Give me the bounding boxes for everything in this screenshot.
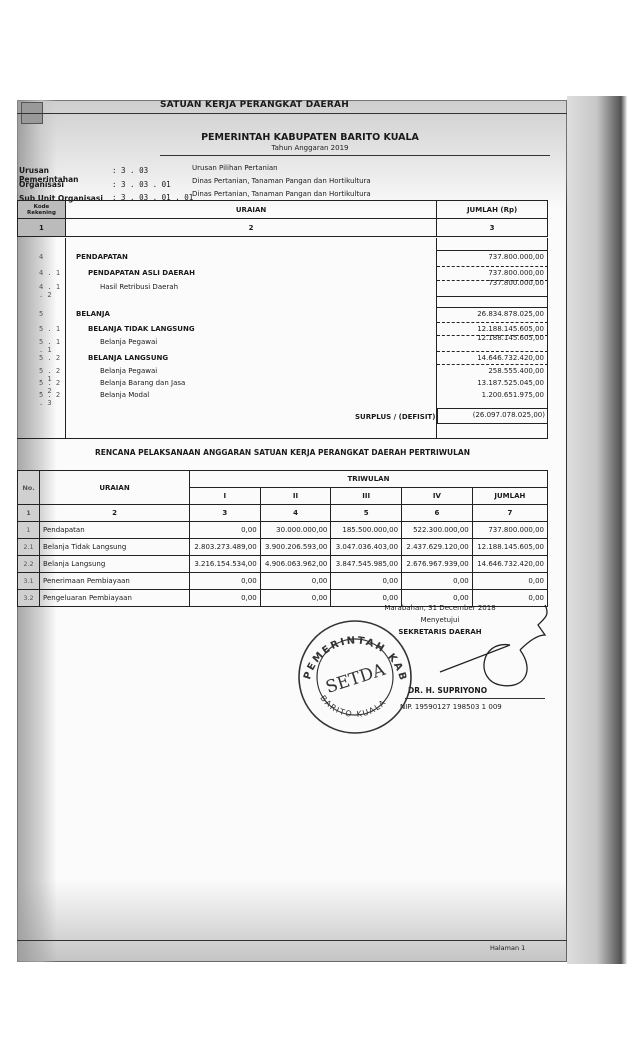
row-code: 4 . 1	[39, 269, 60, 277]
cell-label: Penerimaan Pembiayaan	[40, 573, 190, 590]
row-label: Belanja Modal	[100, 391, 149, 399]
col-number: 4	[260, 505, 331, 522]
meta-desc: Urusan Pilihan Pertanian	[192, 164, 278, 172]
meta-code: : 3 . 03	[112, 166, 148, 175]
row-value: 26.834.878.025,00	[477, 310, 544, 318]
cell-no: 2.1	[18, 539, 40, 556]
cell-label: Pendapatan	[40, 522, 190, 539]
row-value: 737.800.000,00	[488, 253, 544, 261]
row-value: 14.646.732.420,00	[477, 354, 544, 362]
header-triwulan: TRIWULAN	[190, 471, 548, 488]
cell-q1: 0,00	[190, 522, 261, 539]
row-label: BELANJA LANGSUNG	[88, 354, 168, 362]
row-code: 5 . 1	[39, 325, 60, 333]
table-row: 1Pendapatan0,0030.000.000,00185.500.000,…	[18, 522, 548, 539]
row-label: PENDAPATAN ASLI DAERAH	[88, 269, 195, 277]
row-code: 5 . 2	[39, 354, 60, 362]
cell-q4: 522.300.000,00	[402, 522, 473, 539]
header-no: No.	[18, 471, 40, 505]
fiscal-year: Tahun Anggaran 2019	[160, 144, 460, 152]
cell-label: Belanja Tidak Langsung	[40, 539, 190, 556]
divider	[160, 155, 550, 156]
row-value: 258.555.400,00	[488, 367, 544, 375]
header-uraian: URAIAN	[40, 471, 190, 505]
cell-label: Pengeluaran Pembiayaan	[40, 590, 190, 607]
row-code: 4 . 1 . 2	[39, 283, 65, 299]
row-value: 13.187.525.045,00	[477, 379, 544, 387]
meta-code: : 3 . 03 . 01	[112, 180, 171, 189]
cell-total: 14.646.732.420,00	[472, 556, 547, 573]
col-number: 3	[190, 505, 261, 522]
cell-no: 3.1	[18, 573, 40, 590]
value-divider	[437, 296, 548, 297]
cell-no: 1	[18, 522, 40, 539]
cell-q2: 3.900.206.593,00	[260, 539, 331, 556]
unit-title: SATUAN KERJA PERANGKAT DAERAH	[160, 100, 349, 110]
value-divider	[437, 335, 548, 336]
page-number: Halaman 1	[490, 944, 525, 952]
stamp-center: SETDA	[323, 660, 388, 698]
col-number: 3	[437, 219, 548, 237]
table-row: 2.1Belanja Tidak Langsung2.803.273.489,0…	[18, 539, 548, 556]
row-label: Belanja Barang dan Jasa	[100, 379, 185, 387]
row-code: 5 . 1 . 1	[39, 338, 65, 354]
row-label: Belanja Pegawai	[100, 367, 157, 375]
row-value: 737.800.000,00	[488, 269, 544, 277]
value-divider	[437, 351, 548, 352]
cell-q2: 30.000.000,00	[260, 522, 331, 539]
row-value: 12.188.145.605,00	[477, 325, 544, 333]
col-number: 2	[40, 505, 190, 522]
value-divider	[437, 266, 548, 267]
meta-label: Organisasi	[19, 180, 109, 189]
footer-divider	[17, 940, 567, 941]
col-number: 5	[331, 505, 402, 522]
scan-edge-shadow	[567, 96, 627, 964]
quarterly-table: No. URAIAN TRIWULAN I II III IV JUMLAH 1…	[17, 470, 548, 607]
cell-q2: 0,00	[260, 573, 331, 590]
surplus-label: SURPLUS / (DEFISIT)	[355, 413, 435, 421]
divider	[17, 438, 548, 439]
signature-line	[405, 698, 545, 699]
header-q4: IV	[402, 488, 473, 505]
cell-q4: 0,00	[402, 573, 473, 590]
cell-total: 0,00	[472, 573, 547, 590]
cell-q1: 0,00	[190, 573, 261, 590]
value-divider	[437, 280, 548, 281]
row-code: 4	[39, 253, 43, 261]
col-number: 6	[402, 505, 473, 522]
cell-q1: 2.803.273.489,00	[190, 539, 261, 556]
col-number: 1	[18, 505, 40, 522]
header-jumlah: JUMLAH (Rp)	[437, 201, 548, 219]
value-divider	[437, 250, 548, 251]
meta-desc: Dinas Pertanian, Tanaman Pangan dan Hort…	[192, 190, 371, 198]
cell-total: 737.800.000,00	[472, 522, 547, 539]
cell-q2: 4.906.063.962,00	[260, 556, 331, 573]
signature-scribble-icon	[420, 600, 560, 690]
cell-q3: 185.500.000,00	[331, 522, 402, 539]
cell-q3: 3.047.036.403,00	[331, 539, 402, 556]
value-divider	[437, 364, 548, 365]
row-label: Belanja Pegawai	[100, 338, 157, 346]
header-jumlah: JUMLAH	[472, 488, 547, 505]
row-label: Hasil Retribusi Daerah	[100, 283, 178, 291]
cell-q4: 2.676.967.939,00	[402, 556, 473, 573]
code-column: 44 . 14 . 1 . 255 . 15 . 1 . 15 . 25 . 2…	[17, 238, 65, 438]
cell-q2: 0,00	[260, 590, 331, 607]
government-title: PEMERINTAH KABUPATEN BARITO KUALA	[160, 132, 460, 143]
header-uraian: URAIAN	[65, 201, 436, 219]
row-label: BELANJA TIDAK LANGSUNG	[88, 325, 195, 333]
row-label: PENDAPATAN	[76, 253, 128, 261]
signatory-nip: NIP. 19590127 198503 1 009	[400, 703, 502, 711]
meta-desc: Dinas Pertanian, Tanaman Pangan dan Hort…	[192, 177, 371, 185]
col-number: 1	[18, 219, 66, 237]
surplus-value: (26.097.078.025,00)	[437, 411, 545, 419]
table-row: 2.2Belanja Langsung3.216.154.534,004.906…	[18, 556, 548, 573]
cell-no: 3.2	[18, 590, 40, 607]
row-code: 5 . 2 . 3	[39, 391, 65, 407]
row-label: BELANJA	[76, 310, 110, 318]
header-q2: II	[260, 488, 331, 505]
quarterly-title: RENCANA PELAKSANAAN ANGGARAN SATUAN KERJ…	[17, 448, 548, 457]
official-stamp-icon: PEMERINTAH KABUPATEN BARITO KUALA SETDA	[296, 618, 414, 736]
cell-no: 2.2	[18, 556, 40, 573]
header-code: Kode Rekening	[18, 201, 66, 219]
col-number: 2	[65, 219, 436, 237]
row-code: 5	[39, 310, 43, 318]
row-value: 1.200.651.975,00	[482, 391, 544, 399]
cell-q1: 0,00	[190, 590, 261, 607]
value-divider	[437, 307, 548, 308]
cell-q3: 0,00	[331, 573, 402, 590]
cell-q4: 2.437.629.120,00	[402, 539, 473, 556]
cell-total: 12.188.145.605,00	[472, 539, 547, 556]
cell-q1: 3.216.154.534,00	[190, 556, 261, 573]
header-q1: I	[190, 488, 261, 505]
header-q3: III	[331, 488, 402, 505]
table-row: 3.1Penerimaan Pembiayaan0,000,000,000,00…	[18, 573, 548, 590]
uraian-column: PENDAPATANPENDAPATAN ASLI DAERAHHasil Re…	[65, 238, 437, 438]
cell-q3: 3.847.545.985,00	[331, 556, 402, 573]
cell-label: Belanja Langsung	[40, 556, 190, 573]
col-number: 7	[472, 505, 547, 522]
value-divider	[437, 322, 548, 323]
divider	[17, 113, 567, 114]
summary-table-header: Kode Rekening URAIAN JUMLAH (Rp) 1 2 3	[17, 200, 548, 237]
